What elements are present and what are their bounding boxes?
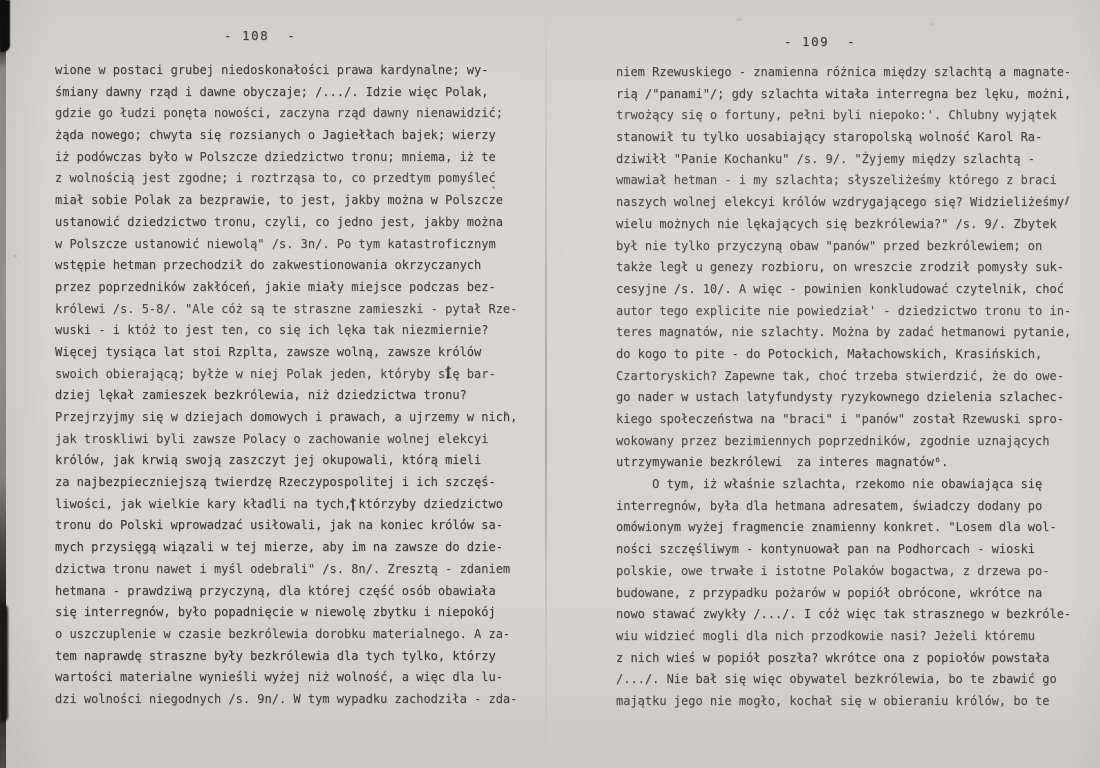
text-line: tem naprawdę straszne były bezkrólewia d… [55, 646, 517, 668]
text-line: Czartoryskich? Zapewne tak, choć trzeba … [616, 366, 1071, 388]
scan-speck [737, 18, 742, 21]
text-line: ustanowić dziedzictwo tronu, czyli, co j… [55, 212, 517, 234]
text-line: trwożący się o fortuny, pełni byli niepo… [616, 105, 1071, 127]
text-line: także legł u genezy rozbioru, on wreszci… [616, 257, 1071, 279]
text-line: stanowił tu tylko uosabiający staropolsk… [616, 127, 1071, 149]
text-line: cesyjne /s. 10/. A więc - powinien konkl… [616, 279, 1071, 301]
text-line: z wolnością jest zgodne; i roztrząsa to,… [55, 168, 517, 190]
text-line: dzictwa tronu nawet i myśl odebrali" /s.… [55, 559, 517, 581]
text-line: z nich wieś w popiół poszła? wkrótce ona… [616, 648, 1071, 670]
text-line: wmawiał hetman - i my szlachta; słyszeli… [616, 170, 1071, 192]
text-line: wokowany przez bezimiennych poprzedników… [616, 431, 1071, 453]
text-line: żąda nowego; chwyta się rozsianych o Jag… [55, 125, 517, 147]
page-fold-seam [545, 0, 547, 768]
text-line: budowane, z przypadku pożarów w popiół o… [616, 583, 1071, 605]
text-line: śmiany dawny rząd i dawne obyczaje; /...… [55, 82, 517, 104]
text-line: wstępie hetman przechodził do zakwestion… [55, 255, 517, 277]
text-line: dziwiłł "Panie Kochanku" /s. 9/. "Żyjemy… [616, 149, 1071, 171]
scan-speck [268, 700, 271, 703]
text-line: wuski - i któż to jest ten, co się ich l… [55, 320, 517, 342]
text-line: kiego społeczeństwa na "braci" i "panów"… [616, 409, 1071, 431]
text-line: dziej lękał zamieszek bezkrólewia, niż d… [55, 385, 517, 407]
text-line: tronu do Polski wprowadzać usiłowali, ja… [55, 515, 517, 537]
text-line: niem Rzewuskiego - znamienna różnica mię… [616, 62, 1071, 84]
text-line: wartości materialne wynieśli wyżej niż w… [55, 667, 517, 689]
text-line: rią /"panami"/; gdy szlachta witała inte… [616, 84, 1071, 106]
text-line: teres magnatów, nie szlachty. Można by z… [616, 322, 1071, 344]
text-line: utrzymywanie bezkrólewi za interes magna… [616, 452, 1071, 474]
text-line: wione w postaci grubej niedoskonałości p… [55, 60, 517, 82]
text-line: królów, jak krwią swoją zaszczyt jej oku… [55, 450, 517, 472]
scan-speck [876, 630, 879, 632]
scan-edge-blob-bottom [0, 604, 8, 722]
text-line: się interregnów, było popadnięcie w niew… [55, 602, 517, 624]
scan-speck [14, 255, 17, 257]
text-line: do kogo to pite - do Potockich, Małachow… [616, 344, 1071, 366]
scan-speck [930, 23, 934, 26]
left-page-number: - 108 - [224, 28, 296, 43]
right-page-text-block: niem Rzewuskiego - znamienna różnica mię… [616, 62, 1071, 713]
text-line: majątku jego nie mogło, kochał się w obi… [616, 691, 1071, 713]
text-line: polskie, owe trwałe i istotne Polaków bo… [616, 561, 1071, 583]
text-line: liwości, jak wielkie kary kładli na tych… [55, 494, 517, 516]
text-line: mych przysięgą wiązali w tej mierze, aby… [55, 537, 517, 559]
text-line: o uszczuplenie w czasie bezkrólewia doro… [55, 624, 517, 646]
text-line: Przejrzyjmy się w dziejach domowych i pr… [55, 407, 517, 429]
text-line: dzi wolności niegodnych /s. 9n/. W tym w… [55, 689, 517, 711]
text-line: wiu widzieć mogli dla nich przodkowie na… [616, 626, 1071, 648]
text-line: naszych wolnej elekcyi królów wzdrygając… [616, 192, 1071, 214]
text-line: jak troskliwi byli zawsze Polacy o zacho… [55, 429, 517, 451]
text-line: wielu możnych nie lękających się bezkról… [616, 214, 1071, 236]
text-line: za najbezpieczniejszą twierdzę Rzeczypos… [55, 472, 517, 494]
scan-edge-blob-top [0, 0, 10, 52]
scanned-page-spread: - 108 - - 109 - wione w postaci grubej n… [0, 0, 1100, 768]
scan-speck [492, 186, 495, 189]
text-line: królewi /s. 5-8/. "Ale cóż są te straszn… [55, 299, 517, 321]
text-line: omówionym wyżej fragmencie znamienny kon… [616, 517, 1071, 539]
text-line: Więcej tysiąca lat stoi Rzplta, zawsze w… [55, 342, 517, 364]
text-line: miał sobie Polak za bezprawie, to jest, … [55, 190, 517, 212]
text-line: autor tego explicite nie powiedział' - d… [616, 301, 1071, 323]
text-line: gdzie go łudzi ponęta nowości, zaczyna r… [55, 103, 517, 125]
left-page-text-block: wione w postaci grubej niedoskonałości p… [55, 60, 517, 711]
text-line: O tym, iż właśnie szlachta, rzekomo nie … [616, 474, 1071, 496]
text-line: ności szczęśliwym - kontynuował pan na P… [616, 539, 1071, 561]
text-line: iż podówczas było w Polszcze dziedzictwo… [55, 147, 517, 169]
text-line: nowo stawać zwykły /.../. I cóż więc tak… [616, 604, 1071, 626]
scan-speck [504, 412, 508, 415]
text-line: go nader w ustach latyfundysty ryzykowne… [616, 387, 1071, 409]
text-line: /.../. Nie bał się więc obywatel bezkról… [616, 669, 1071, 691]
text-line: hetmana - prawdziwą przyczyną, dla które… [55, 581, 517, 603]
text-line: był nie tylko przyczyną obaw "panów" prz… [616, 236, 1071, 258]
text-line: interregnów, była dla hetmana adresatem,… [616, 496, 1071, 518]
text-line: w Polszcze ustanowić niewolą" /s. 3n/. P… [55, 234, 517, 256]
right-page-number: - 109 - [784, 34, 856, 49]
text-line: przez poprzedników zakłóceń, jakie miały… [55, 277, 517, 299]
typed-correction-mark [352, 498, 354, 511]
